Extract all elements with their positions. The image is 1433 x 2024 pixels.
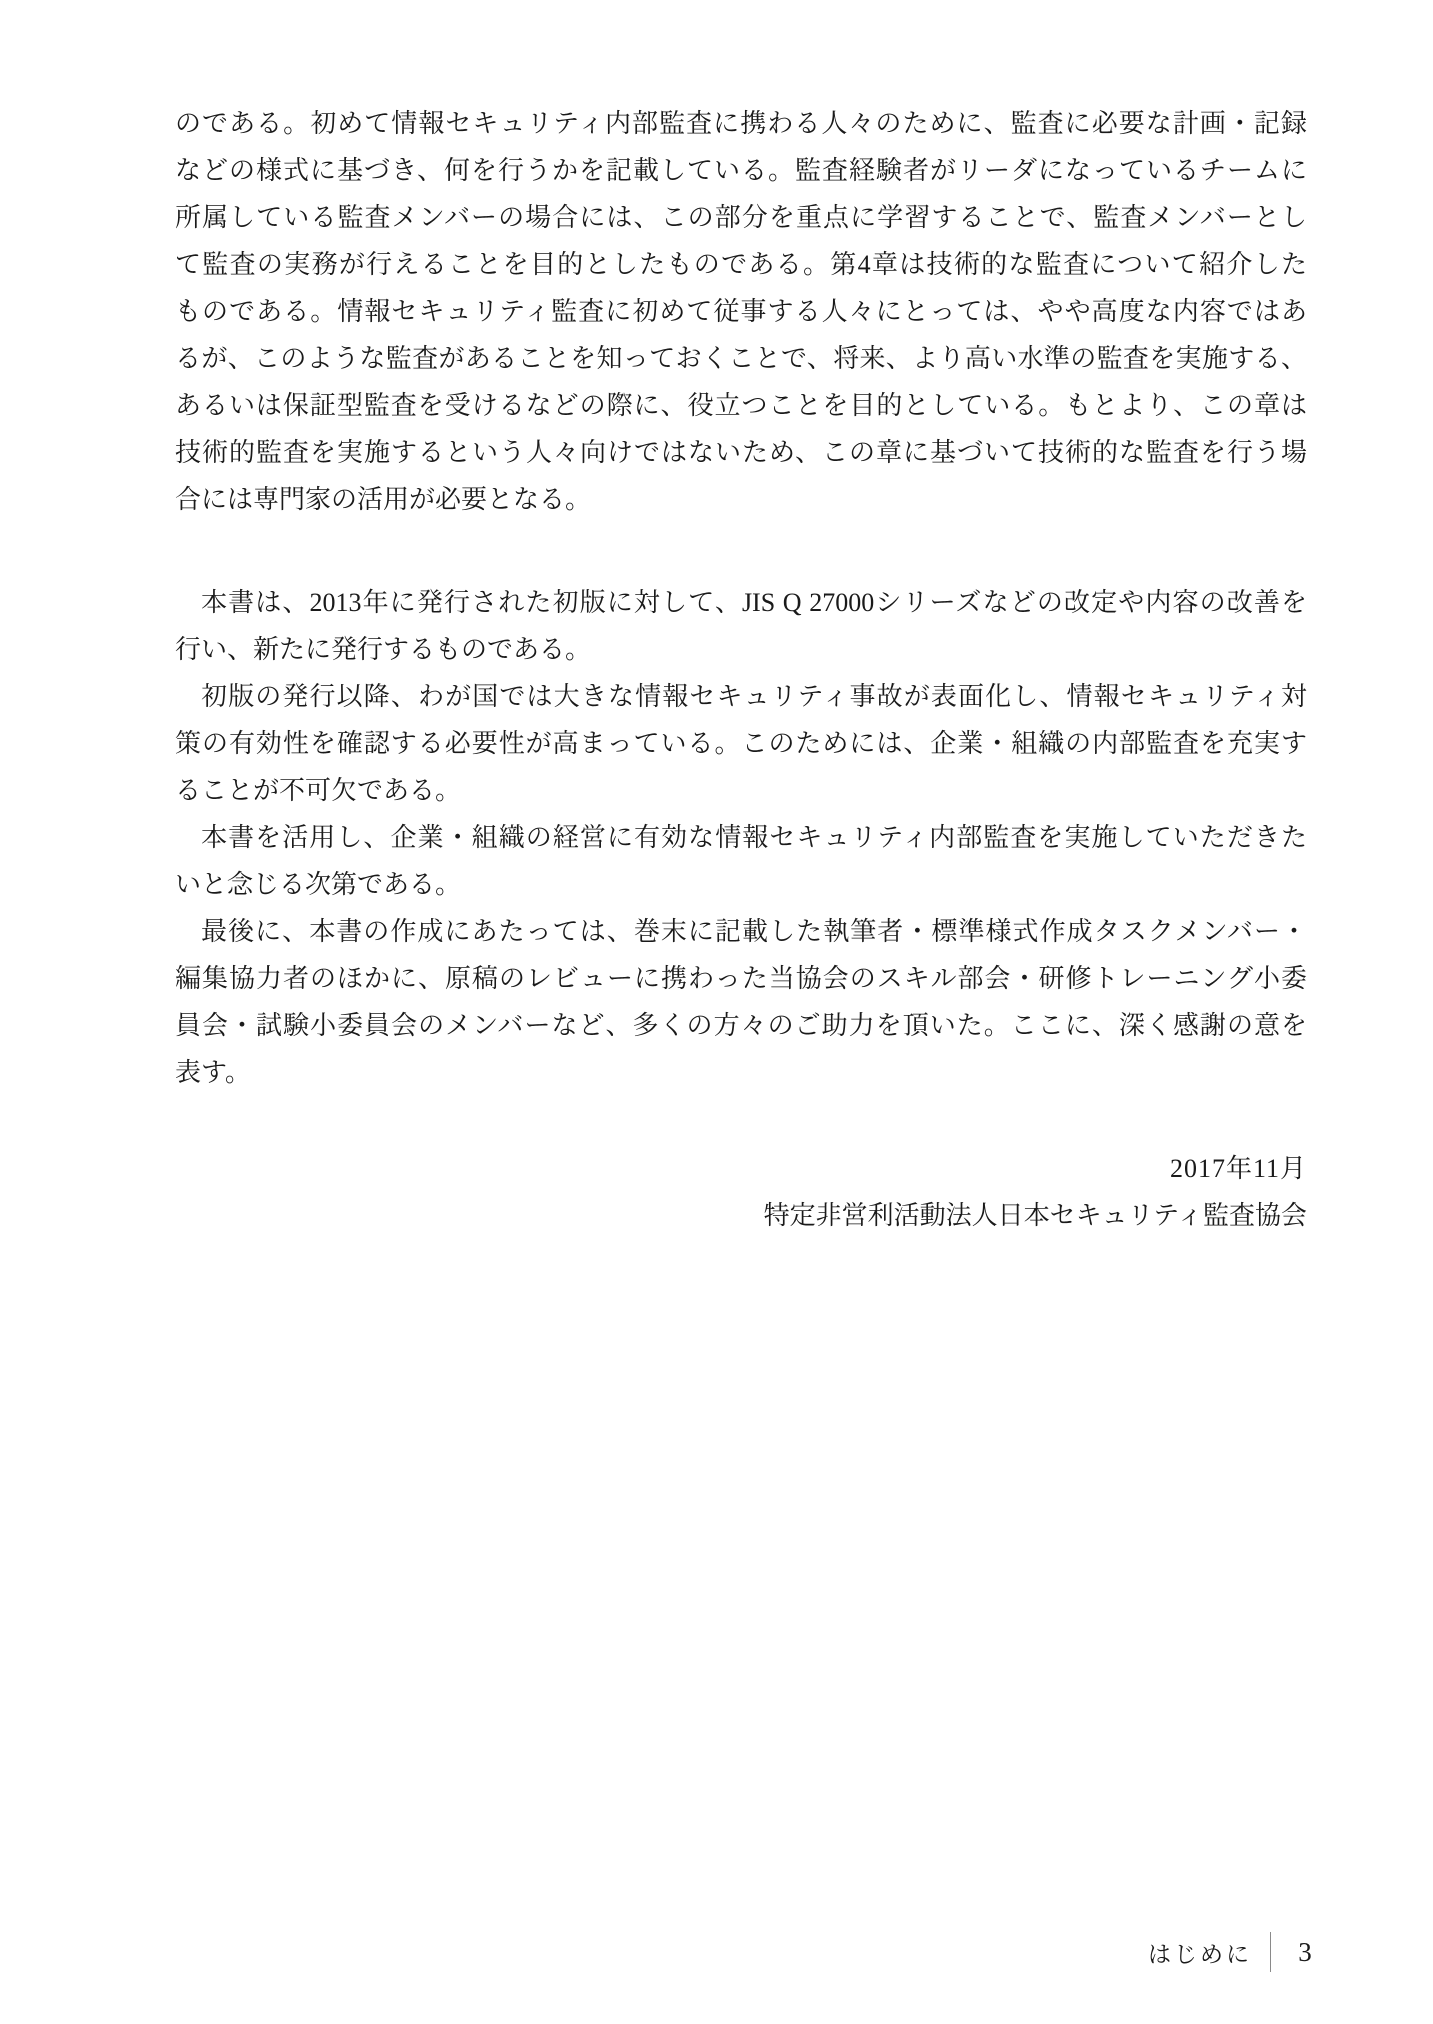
page-content: のである。初めて情報セキュリティ内部監査に携わる人々のために、監査に必要な計画・… bbox=[175, 100, 1307, 1239]
body-text: のである。初めて情報セキュリティ内部監査に携わる人々のために、監査に必要な計画・… bbox=[175, 100, 1307, 1096]
paragraph: 初版の発行以降、わが国では大きな情報セキュリティ事故が表面化し、情報セキュリティ… bbox=[175, 673, 1307, 814]
text-line: 編集協力者のほかに、原稿のレビューに携わった当協会のスキル部会・研修トレーニング… bbox=[175, 955, 1307, 1002]
paragraph: 本書は、2013年に発行された初版に対して、JIS Q 27000シリーズなどの… bbox=[175, 579, 1307, 673]
paragraph: のである。初めて情報セキュリティ内部監査に携わる人々のために、監査に必要な計画・… bbox=[175, 100, 1307, 523]
text-line: て監査の実務が行えることを目的としたものである。第4章は技術的な監査について紹介… bbox=[175, 241, 1307, 288]
text-line: 所属している監査メンバーの場合には、この部分を重点に学習することで、監査メンバー… bbox=[175, 194, 1307, 241]
text-line: ることが不可欠である。 bbox=[175, 767, 1307, 814]
text-line: ものである。情報セキュリティ監査に初めて従事する人々にとっては、やや高度な内容で… bbox=[175, 288, 1307, 335]
text-line: 員会・試験小委員会のメンバーなど、多くの方々のご助力を頂いた。ここに、深く感謝の… bbox=[175, 1002, 1307, 1049]
text-line: あるいは保証型監査を受けるなどの際に、役立つことを目的としている。もとより、この… bbox=[175, 382, 1307, 429]
text-line: 合には専門家の活用が必要となる。 bbox=[175, 476, 1307, 523]
footer-divider bbox=[1270, 1932, 1271, 1972]
footer-section-title: はじめに bbox=[1148, 1936, 1252, 1969]
page-footer: はじめに 3 bbox=[1148, 1932, 1315, 1972]
text-line: いと念じる次第である。 bbox=[175, 861, 1307, 908]
text-line: 行い、新たに発行するものである。 bbox=[175, 626, 1307, 673]
signoff-date: 2017年11月 bbox=[175, 1145, 1307, 1192]
signoff-block: 2017年11月 特定非営利活動法人日本セキュリティ監査協会 bbox=[175, 1145, 1307, 1239]
text-line: 最後に、本書の作成にあたっては、巻末に記載した執筆者・標準様式作成タスクメンバー… bbox=[175, 908, 1307, 955]
paragraph: 最後に、本書の作成にあたっては、巻末に記載した執筆者・標準様式作成タスクメンバー… bbox=[175, 908, 1307, 1096]
text-line: 初版の発行以降、わが国では大きな情報セキュリティ事故が表面化し、情報セキュリティ… bbox=[175, 673, 1307, 720]
page-number: 3 bbox=[1295, 1937, 1315, 1968]
text-line: などの様式に基づき、何を行うかを記載している。監査経験者がリーダになっているチー… bbox=[175, 147, 1307, 194]
signoff-organization: 特定非営利活動法人日本セキュリティ監査協会 bbox=[175, 1192, 1307, 1239]
text-line: 策の有効性を確認する必要性が高まっている。このためには、企業・組織の内部監査を充… bbox=[175, 720, 1307, 767]
text-line: のである。初めて情報セキュリティ内部監査に携わる人々のために、監査に必要な計画・… bbox=[175, 100, 1307, 147]
paragraph: 本書を活用し、企業・組織の経営に有効な情報セキュリティ内部監査を実施していただき… bbox=[175, 814, 1307, 908]
text-line: 本書を活用し、企業・組織の経営に有効な情報セキュリティ内部監査を実施していただき… bbox=[175, 814, 1307, 861]
text-line: 表す。 bbox=[175, 1049, 1307, 1096]
text-line: るが、このような監査があることを知っておくことで、将来、より高い水準の監査を実施… bbox=[175, 335, 1307, 382]
text-line: 本書は、2013年に発行された初版に対して、JIS Q 27000シリーズなどの… bbox=[175, 579, 1307, 626]
document-page: のである。初めて情報セキュリティ内部監査に携わる人々のために、監査に必要な計画・… bbox=[0, 0, 1433, 2024]
text-line: 技術的監査を実施するという人々向けではないため、この章に基づいて技術的な監査を行… bbox=[175, 429, 1307, 476]
